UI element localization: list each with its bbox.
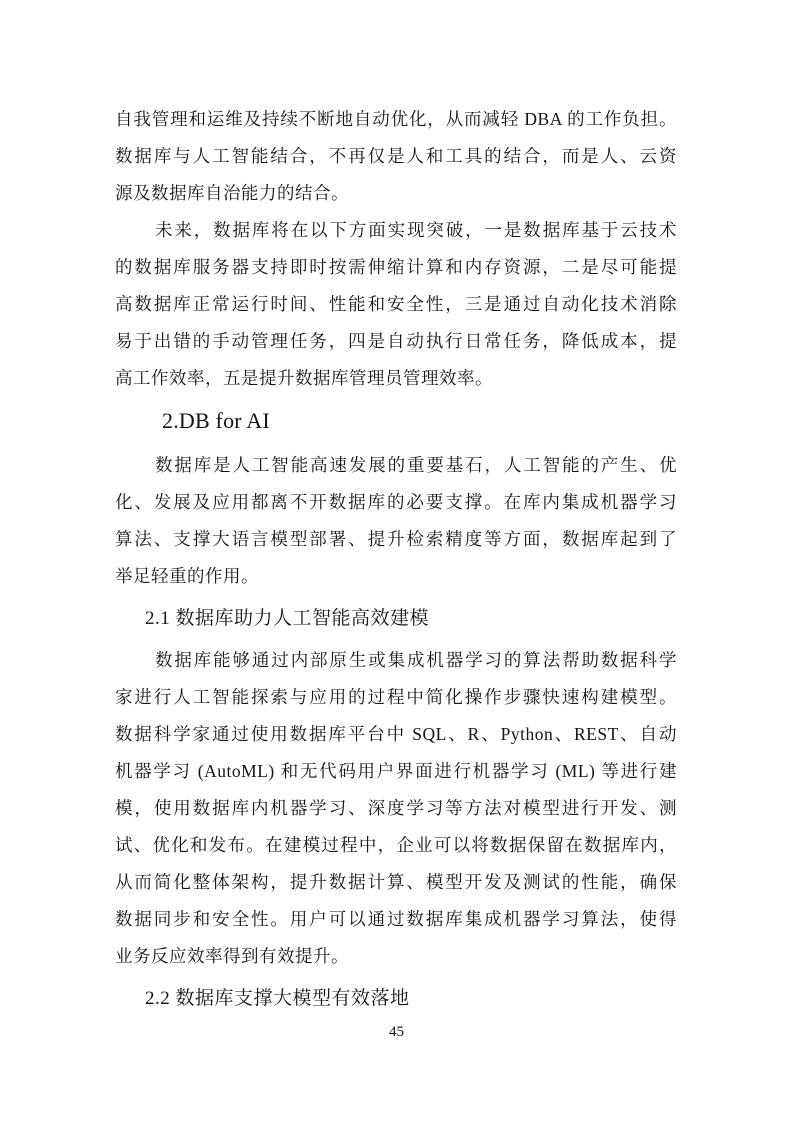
heading-2-1-efficient-modeling: 2.1 数据库助力人工智能高效建模 [115,600,677,637]
text-line: 机器学习 (AutoML) 和无代码用户界面进行机器学习 (ML) 等进行建 [115,753,677,790]
document-page: 自我管理和运维及持续不断地自动优化，从而减轻 DBA 的工作负担。 数据库与人工… [0,0,793,1122]
text-line: 算法、支撑大语言模型部署、提升检索精度等方面，数据库起到了 [115,521,677,558]
text-line: 化、发展及应用都离不开数据库的必要支撑。在库内集成机器学习 [115,484,677,521]
text-line: 试、优化和发布。在建模过程中，企业可以将数据保留在数据库内， [115,827,677,864]
text-line: 高工作效率，五是提升数据库管理员管理效率。 [115,360,677,397]
text-line: 数据库能够通过内部原生或集成机器学习的算法帮助数据科学 [115,642,677,679]
text-line: 易于出错的手动管理任务，四是自动执行日常任务，降低成本，提 [115,323,677,360]
paragraph-db-ai-foundation: 数据库是人工智能高速发展的重要基石，人工智能的产生、优 化、发展及应用都离不开数… [115,447,677,595]
text-line: 从而简化整体架构，提升数据计算、模型开发及测试的性能，确保 [115,864,677,901]
heading-2-2-large-model-landing: 2.2 数据库支撑大模型有效落地 [115,980,677,1017]
heading-db-for-ai: 2.DB for AI [115,402,677,439]
text-line: 的数据库服务器支持即时按需伸缩计算和内存资源，二是尽可能提 [115,249,677,286]
page-body: 自我管理和运维及持续不断地自动优化，从而减轻 DBA 的工作负担。 数据库与人工… [115,101,677,1022]
text-line: 模，使用数据库内机器学习、深度学习等方法对模型进行开发、测 [115,790,677,827]
text-line: 自我管理和运维及持续不断地自动优化，从而减轻 DBA 的工作负担。 [115,101,677,138]
page-number: 45 [0,1023,793,1041]
paragraph-modeling-detail: 数据库能够通过内部原生或集成机器学习的算法帮助数据科学 家进行人工智能探索与应用… [115,642,677,975]
text-line: 数据科学家通过使用数据库平台中 SQL、R、Python、REST、自动 [115,716,677,753]
paragraph-future-breakthroughs: 未来，数据库将在以下方面实现突破，一是数据库基于云技术 的数据库服务器支持即时按… [115,212,677,397]
text-line: 举足轻重的作用。 [115,558,677,595]
text-line: 数据同步和安全性。用户可以通过数据库集成机器学习算法，使得 [115,901,677,938]
text-line: 数据库是人工智能高速发展的重要基石，人工智能的产生、优 [115,447,677,484]
paragraph-autonomy: 自我管理和运维及持续不断地自动优化，从而减轻 DBA 的工作负担。 数据库与人工… [115,101,677,212]
text-line: 业务反应效率得到有效提升。 [115,938,677,975]
text-line: 数据库与人工智能结合，不再仅是人和工具的结合，而是人、云资 [115,138,677,175]
text-line: 家进行人工智能探索与应用的过程中简化操作步骤快速构建模型。 [115,679,677,716]
text-line: 未来，数据库将在以下方面实现突破，一是数据库基于云技术 [115,212,677,249]
text-line: 高数据库正常运行时间、性能和安全性，三是通过自动化技术消除 [115,286,677,323]
text-line: 源及数据库自治能力的结合。 [115,175,677,212]
